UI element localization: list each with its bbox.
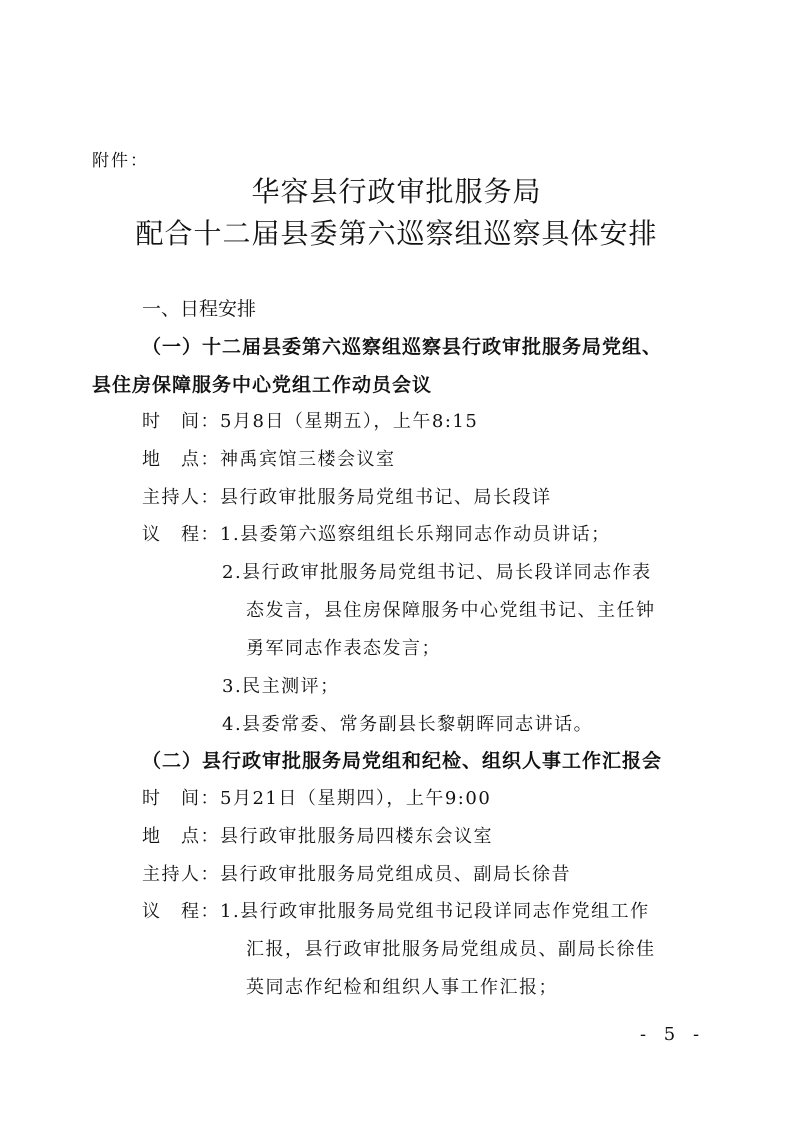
attachment-label: 附件： <box>92 146 149 171</box>
meeting2-agenda-1c: 英同志作纪检和组织人事工作汇报； <box>246 973 558 999</box>
document-title-line2: 配合十二届县委第六巡察组巡察具体安排 <box>0 212 793 252</box>
meeting1-agenda-1: 议 程：1.县委第六巡察组组长乐翔同志作动员讲话； <box>142 520 611 546</box>
meeting2-place: 地 点：县行政审批服务局四楼东会议室 <box>142 822 493 848</box>
agenda-item: 1.县行政审批服务局党组书记段详同志作党组工作 <box>220 901 650 922</box>
meeting1-agenda-2a: 2.县行政审批服务局党组书记、局长段详同志作表 <box>222 558 652 584</box>
meeting1-agenda-2c: 勇军同志作表态发言； <box>246 634 441 660</box>
meeting1-agenda-2b: 态发言，县住房保障服务中心党组书记、主任钟 <box>246 596 656 622</box>
agenda-label: 议 程： <box>142 520 220 546</box>
place-label: 地 点： <box>142 445 220 471</box>
meeting1-host: 主持人：县行政审批服务局党组书记、局长段详 <box>142 483 552 509</box>
time-value: 5月21日（星期四），上午9:00 <box>220 788 491 809</box>
subsection-heading-2: （二）县行政审批服务局党组和纪检、组织人事工作汇报会 <box>142 746 662 773</box>
meeting1-time: 时 间：5月8日（星期五），上午8:15 <box>142 407 478 433</box>
time-value: 5月8日（星期五），上午8:15 <box>220 411 478 432</box>
host-value: 县行政审批服务局党组成员、副局长徐昔 <box>220 864 571 885</box>
host-value: 县行政审批服务局党组书记、局长段详 <box>220 487 552 508</box>
time-label: 时 间： <box>142 407 220 433</box>
page-number: - 5 - <box>640 1024 705 1045</box>
subsection-heading-1-line2: 县住房保障服务中心党组工作动员会议 <box>92 370 432 397</box>
section-heading-schedule: 一、日程安排 <box>142 294 256 321</box>
meeting2-agenda-1a: 议 程：1.县行政审批服务局党组书记段详同志作党组工作 <box>142 897 650 923</box>
meeting1-agenda-3: 3.民主测评； <box>222 672 340 698</box>
subsection-heading-1-line1: （一）十二届县委第六巡察组巡察县行政审批服务局党组、 <box>142 332 662 359</box>
agenda-item: 1.县委第六巡察组组长乐翔同志作动员讲话； <box>220 524 611 545</box>
meeting2-time: 时 间：5月21日（星期四），上午9:00 <box>142 784 491 810</box>
host-label: 主持人： <box>142 483 220 509</box>
meeting1-place: 地 点：神禹宾馆三楼会议室 <box>142 445 396 471</box>
agenda-label: 议 程： <box>142 897 220 923</box>
meeting2-host: 主持人：县行政审批服务局党组成员、副局长徐昔 <box>142 860 571 886</box>
place-value: 县行政审批服务局四楼东会议室 <box>220 826 493 847</box>
meeting1-agenda-4: 4.县委常委、常务副县长黎朝晖同志讲话。 <box>222 710 593 736</box>
time-label: 时 间： <box>142 784 220 810</box>
place-label: 地 点： <box>142 822 220 848</box>
document-title-line1: 华容县行政审批服务局 <box>0 170 793 210</box>
meeting2-agenda-1b: 汇报，县行政审批服务局党组成员、副局长徐佳 <box>246 935 656 961</box>
place-value: 神禹宾馆三楼会议室 <box>220 449 396 470</box>
host-label: 主持人： <box>142 860 220 886</box>
